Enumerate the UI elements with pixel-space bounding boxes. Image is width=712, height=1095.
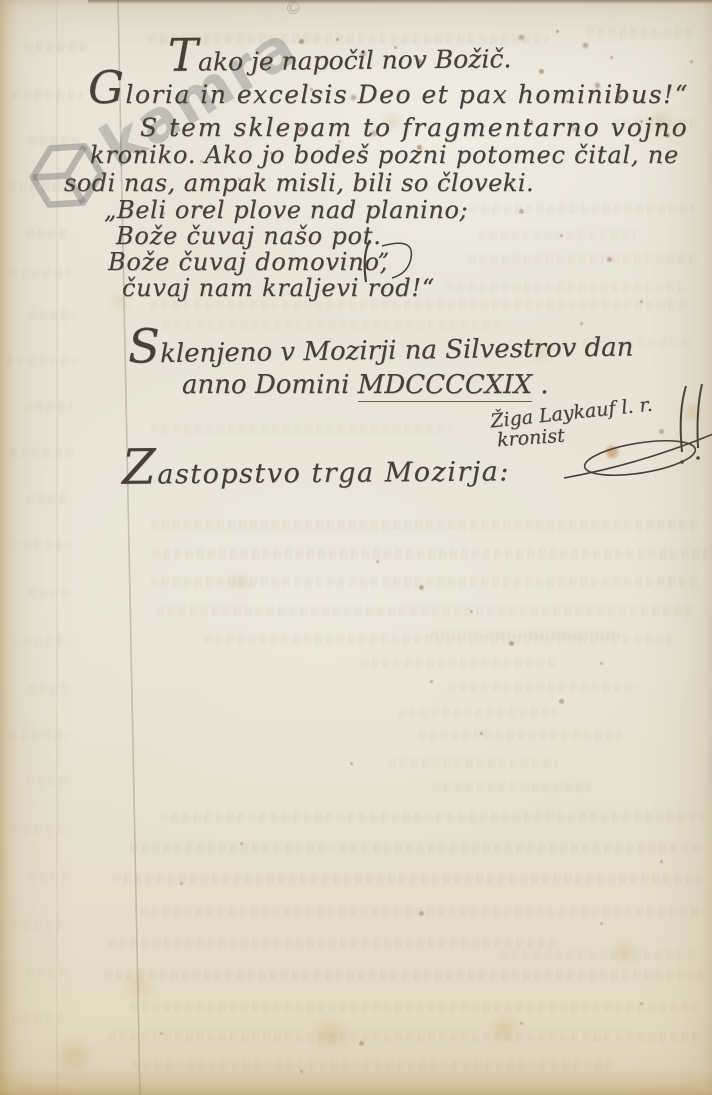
manuscript-line-4: kroniko. Ako jo bodeš pozni potomec čita… [90, 141, 679, 169]
signature-paraph-flourish [562, 420, 712, 482]
manuscript-line-1: Tako je napočil nov Božič. [168, 44, 512, 77]
manuscript-line-5: sodi nas, ampak misli, bili so človeki. [64, 169, 534, 197]
dating-suffix: . [532, 370, 549, 400]
manuscript-line-3: S tem sklepam to fragmentarno vojno [140, 113, 689, 142]
foxing-spots [0, 0, 3, 3]
stain-blotches [0, 0, 8, 8]
exclamation-strokes-flourish [672, 382, 708, 474]
paper-left-edge-tint [0, 0, 18, 1095]
section-heading: Zastopstvo trga Mozirja: [122, 456, 510, 490]
verse-line-3: Bože čuvaj domovino, [108, 248, 388, 276]
dating-prefix: anno Domini [182, 370, 358, 400]
manuscript-line-2: Gloria in excelsis Deo et pax hominibus!… [88, 80, 689, 109]
verse-line-2: Bože čuvaj našo pot. [116, 222, 382, 250]
signature-role: kronist [496, 425, 565, 452]
closing-line: Sklenjeno v Mozirji na Silvestrov dan [128, 332, 634, 369]
verse-line-4: čuvaj nam kraljevi rod!“ [122, 274, 435, 302]
manuscript-page: kamra © Tako je napočil nov Božič. Glori… [0, 0, 712, 1095]
ditto-quote-mark: „ [378, 236, 389, 261]
paper-bottom-edge-tint [0, 1069, 712, 1095]
verse-line-1: „Beli orel plove nad planino; [104, 196, 468, 224]
copyright-icon: © [281, 0, 306, 22]
scan-top-edge [88, 0, 712, 4]
year-roman-numeral: MDCCCCXIX [358, 370, 532, 402]
dating-line: anno Domini MDCCCCXIX . [182, 370, 549, 400]
